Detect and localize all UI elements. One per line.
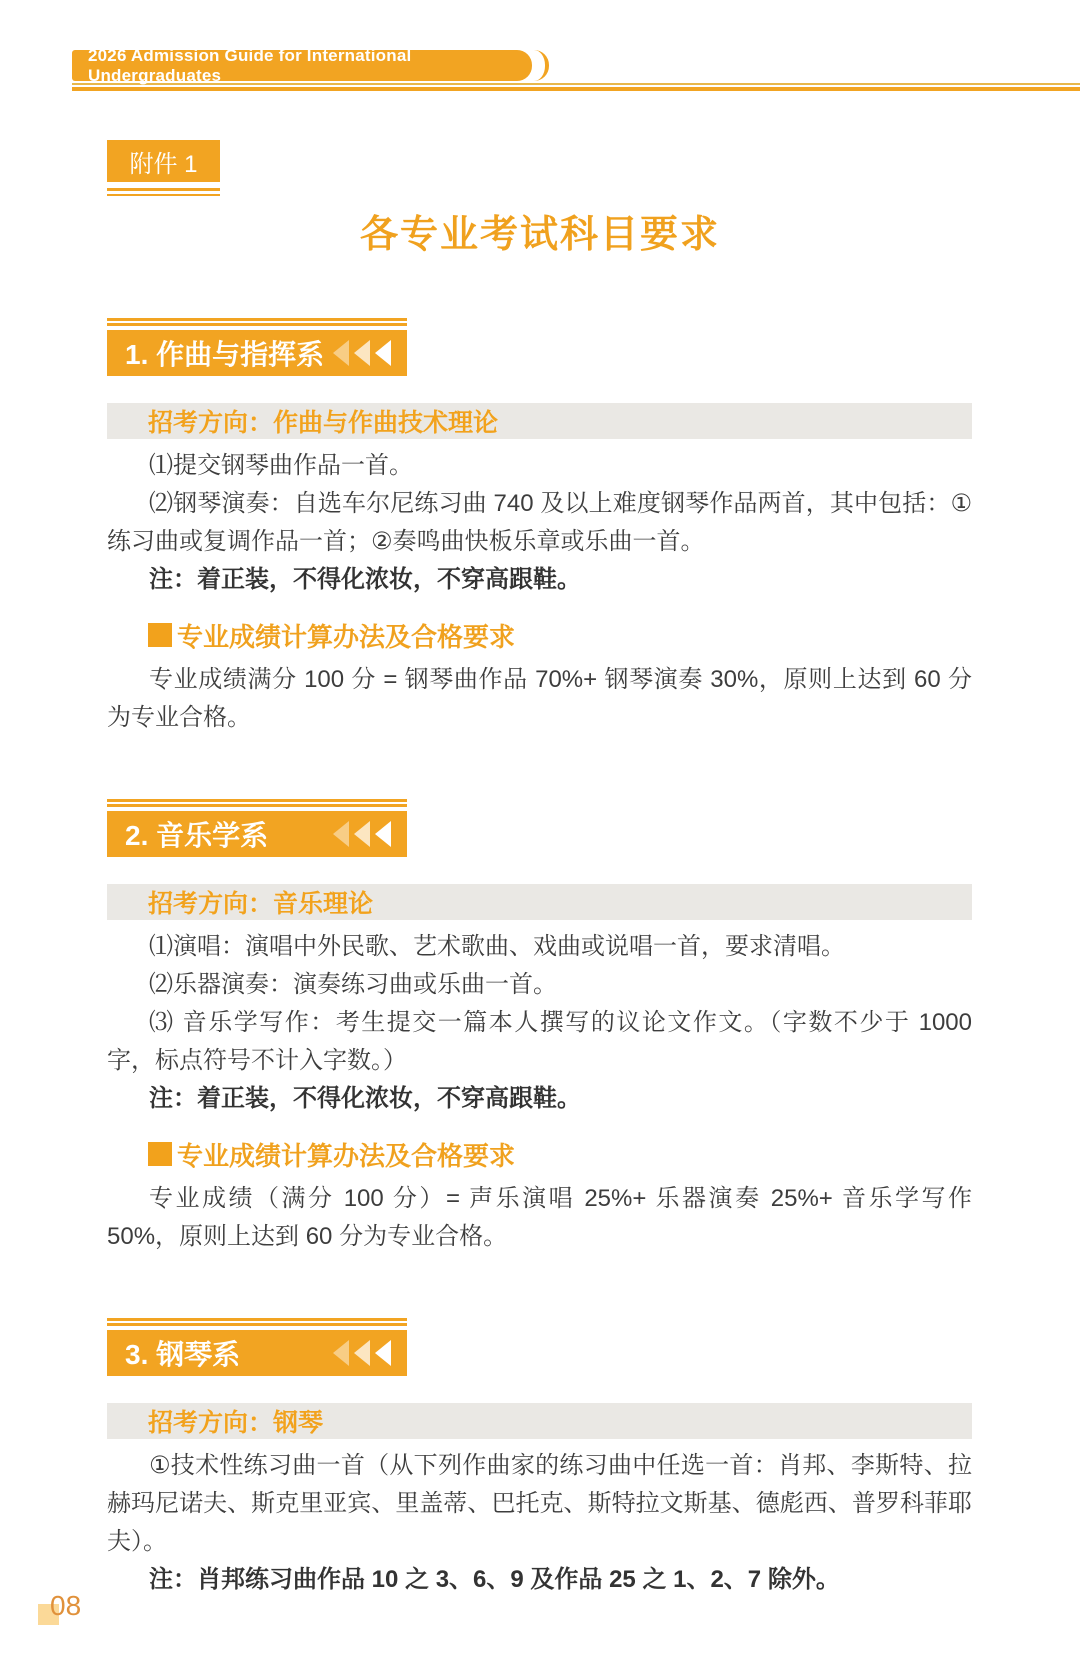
section-rule bbox=[107, 1323, 407, 1326]
score-calc-heading-label: 专业成绩计算办法及合格要求 bbox=[177, 1136, 515, 1173]
score-calc-block: 专业成绩满分 100 分 = 钢琴曲作品 70%+ 钢琴演奏 30%，原则上达到… bbox=[107, 661, 972, 737]
left-triangle-icon bbox=[333, 1340, 349, 1366]
section-musicology: 2. 音乐学系 招考方向：音乐理论 ⑴演唱：演唱中外民歌、艺术歌曲、戏曲或说唱一… bbox=[0, 799, 1080, 1256]
section-banner: 1. 作曲与指挥系 bbox=[107, 330, 407, 376]
section-banner: 2. 音乐学系 bbox=[107, 811, 407, 857]
section-rule bbox=[107, 799, 407, 802]
requirement-paragraph: ⑴演唱：演唱中外民歌、艺术歌曲、戏曲或说唱一首，要求清唱。 bbox=[107, 928, 972, 966]
direction-bar: 招考方向：钢琴 bbox=[107, 1403, 972, 1439]
score-calc-heading: 专业成绩计算办法及合格要求 bbox=[148, 615, 972, 655]
header-banner-label: 2026 Admission Guide for International U… bbox=[88, 46, 516, 86]
section-rule bbox=[107, 318, 407, 321]
section-rule bbox=[107, 804, 407, 807]
requirement-paragraph: ⑴提交钢琴曲作品一首。 bbox=[107, 447, 972, 485]
section-heading: 3. 钢琴系 bbox=[125, 1333, 240, 1373]
attachment-badge: 附件 1 bbox=[107, 140, 220, 182]
triple-left-arrow-icon bbox=[328, 1340, 391, 1366]
score-calc-heading: 专业成绩计算办法及合格要求 bbox=[148, 1134, 972, 1174]
direction-bar: 招考方向：作曲与作曲技术理论 bbox=[107, 403, 972, 439]
page-number: 08 bbox=[50, 1590, 81, 1622]
left-triangle-icon bbox=[333, 340, 349, 366]
banner-swoosh-icon bbox=[534, 50, 549, 81]
page-title: 各专业考试科目要求 bbox=[0, 203, 1080, 258]
square-bullet-icon bbox=[148, 623, 172, 647]
note-paragraph: 注：肖邦练习曲作品 10 之 3、6、9 及作品 25 之 1、2、7 除外。 bbox=[107, 1561, 972, 1599]
score-calc-paragraph: 专业成绩（满分 100 分）= 声乐演唱 25%+ 乐器演奏 25%+ 音乐学写… bbox=[107, 1180, 972, 1256]
square-bullet-icon bbox=[148, 1142, 172, 1166]
attachment-badge-label: 附件 1 bbox=[129, 144, 197, 179]
note-paragraph: 注：着正装，不得化浓妆，不穿高跟鞋。 bbox=[107, 1080, 972, 1118]
direction-label: 招考方向：音乐理论 bbox=[148, 884, 373, 920]
direction-label: 招考方向：作曲与作曲技术理论 bbox=[148, 403, 498, 439]
requirements-block: ①技术性练习曲一首（从下列作曲家的练习曲中任选一首：肖邦、李斯特、拉赫玛尼诺夫、… bbox=[107, 1447, 972, 1599]
document-page: 2026 Admission Guide for International U… bbox=[0, 0, 1080, 1661]
requirement-paragraph: ⑵钢琴演奏：自选车尔尼练习曲 740 及以上难度钢琴作品两首，其中包括：①练习曲… bbox=[107, 485, 972, 561]
section-banner: 3. 钢琴系 bbox=[107, 1330, 407, 1376]
attachment-badge-underline-2 bbox=[107, 194, 220, 196]
note-paragraph: 注：着正装，不得化浓妆，不穿高跟鞋。 bbox=[107, 561, 972, 599]
direction-label: 招考方向：钢琴 bbox=[148, 1403, 323, 1439]
left-triangle-icon bbox=[375, 1340, 391, 1366]
triple-left-arrow-icon bbox=[328, 340, 391, 366]
requirements-block: ⑴演唱：演唱中外民歌、艺术歌曲、戏曲或说唱一首，要求清唱。 ⑵乐器演奏：演奏练习… bbox=[107, 928, 972, 1118]
section-heading: 2. 音乐学系 bbox=[125, 814, 268, 854]
section-rule bbox=[107, 1318, 407, 1321]
left-triangle-icon bbox=[354, 821, 370, 847]
requirement-paragraph: ⑵乐器演奏：演奏练习曲或乐曲一首。 bbox=[107, 966, 972, 1004]
left-triangle-icon bbox=[333, 821, 349, 847]
direction-bar: 招考方向：音乐理论 bbox=[107, 884, 972, 920]
requirement-paragraph: ①技术性练习曲一首（从下列作曲家的练习曲中任选一首：肖邦、李斯特、拉赫玛尼诺夫、… bbox=[107, 1447, 972, 1561]
attachment-badge-underline bbox=[107, 188, 220, 191]
section-heading: 1. 作曲与指挥系 bbox=[125, 333, 324, 373]
left-triangle-icon bbox=[354, 340, 370, 366]
score-calc-block: 专业成绩（满分 100 分）= 声乐演唱 25%+ 乐器演奏 25%+ 音乐学写… bbox=[107, 1180, 972, 1256]
score-calc-paragraph: 专业成绩满分 100 分 = 钢琴曲作品 70%+ 钢琴演奏 30%，原则上达到… bbox=[107, 661, 972, 737]
section-rule bbox=[107, 323, 407, 326]
header-banner: 2026 Admission Guide for International U… bbox=[72, 50, 532, 81]
left-triangle-icon bbox=[375, 340, 391, 366]
requirements-block: ⑴提交钢琴曲作品一首。 ⑵钢琴演奏：自选车尔尼练习曲 740 及以上难度钢琴作品… bbox=[107, 447, 972, 599]
section-composition-conducting: 1. 作曲与指挥系 招考方向：作曲与作曲技术理论 ⑴提交钢琴曲作品一首。 ⑵钢琴… bbox=[0, 318, 1080, 737]
section-piano: 3. 钢琴系 招考方向：钢琴 ①技术性练习曲一首（从下列作曲家的练习曲中任选一首… bbox=[0, 1318, 1080, 1599]
left-triangle-icon bbox=[354, 1340, 370, 1366]
header-rule-thick bbox=[72, 87, 1080, 91]
requirement-paragraph: ⑶ 音乐学写作：考生提交一篇本人撰写的议论文作文。（字数不少于 1000 字，标… bbox=[107, 1004, 972, 1080]
score-calc-heading-label: 专业成绩计算办法及合格要求 bbox=[177, 617, 515, 654]
triple-left-arrow-icon bbox=[328, 821, 391, 847]
left-triangle-icon bbox=[375, 821, 391, 847]
